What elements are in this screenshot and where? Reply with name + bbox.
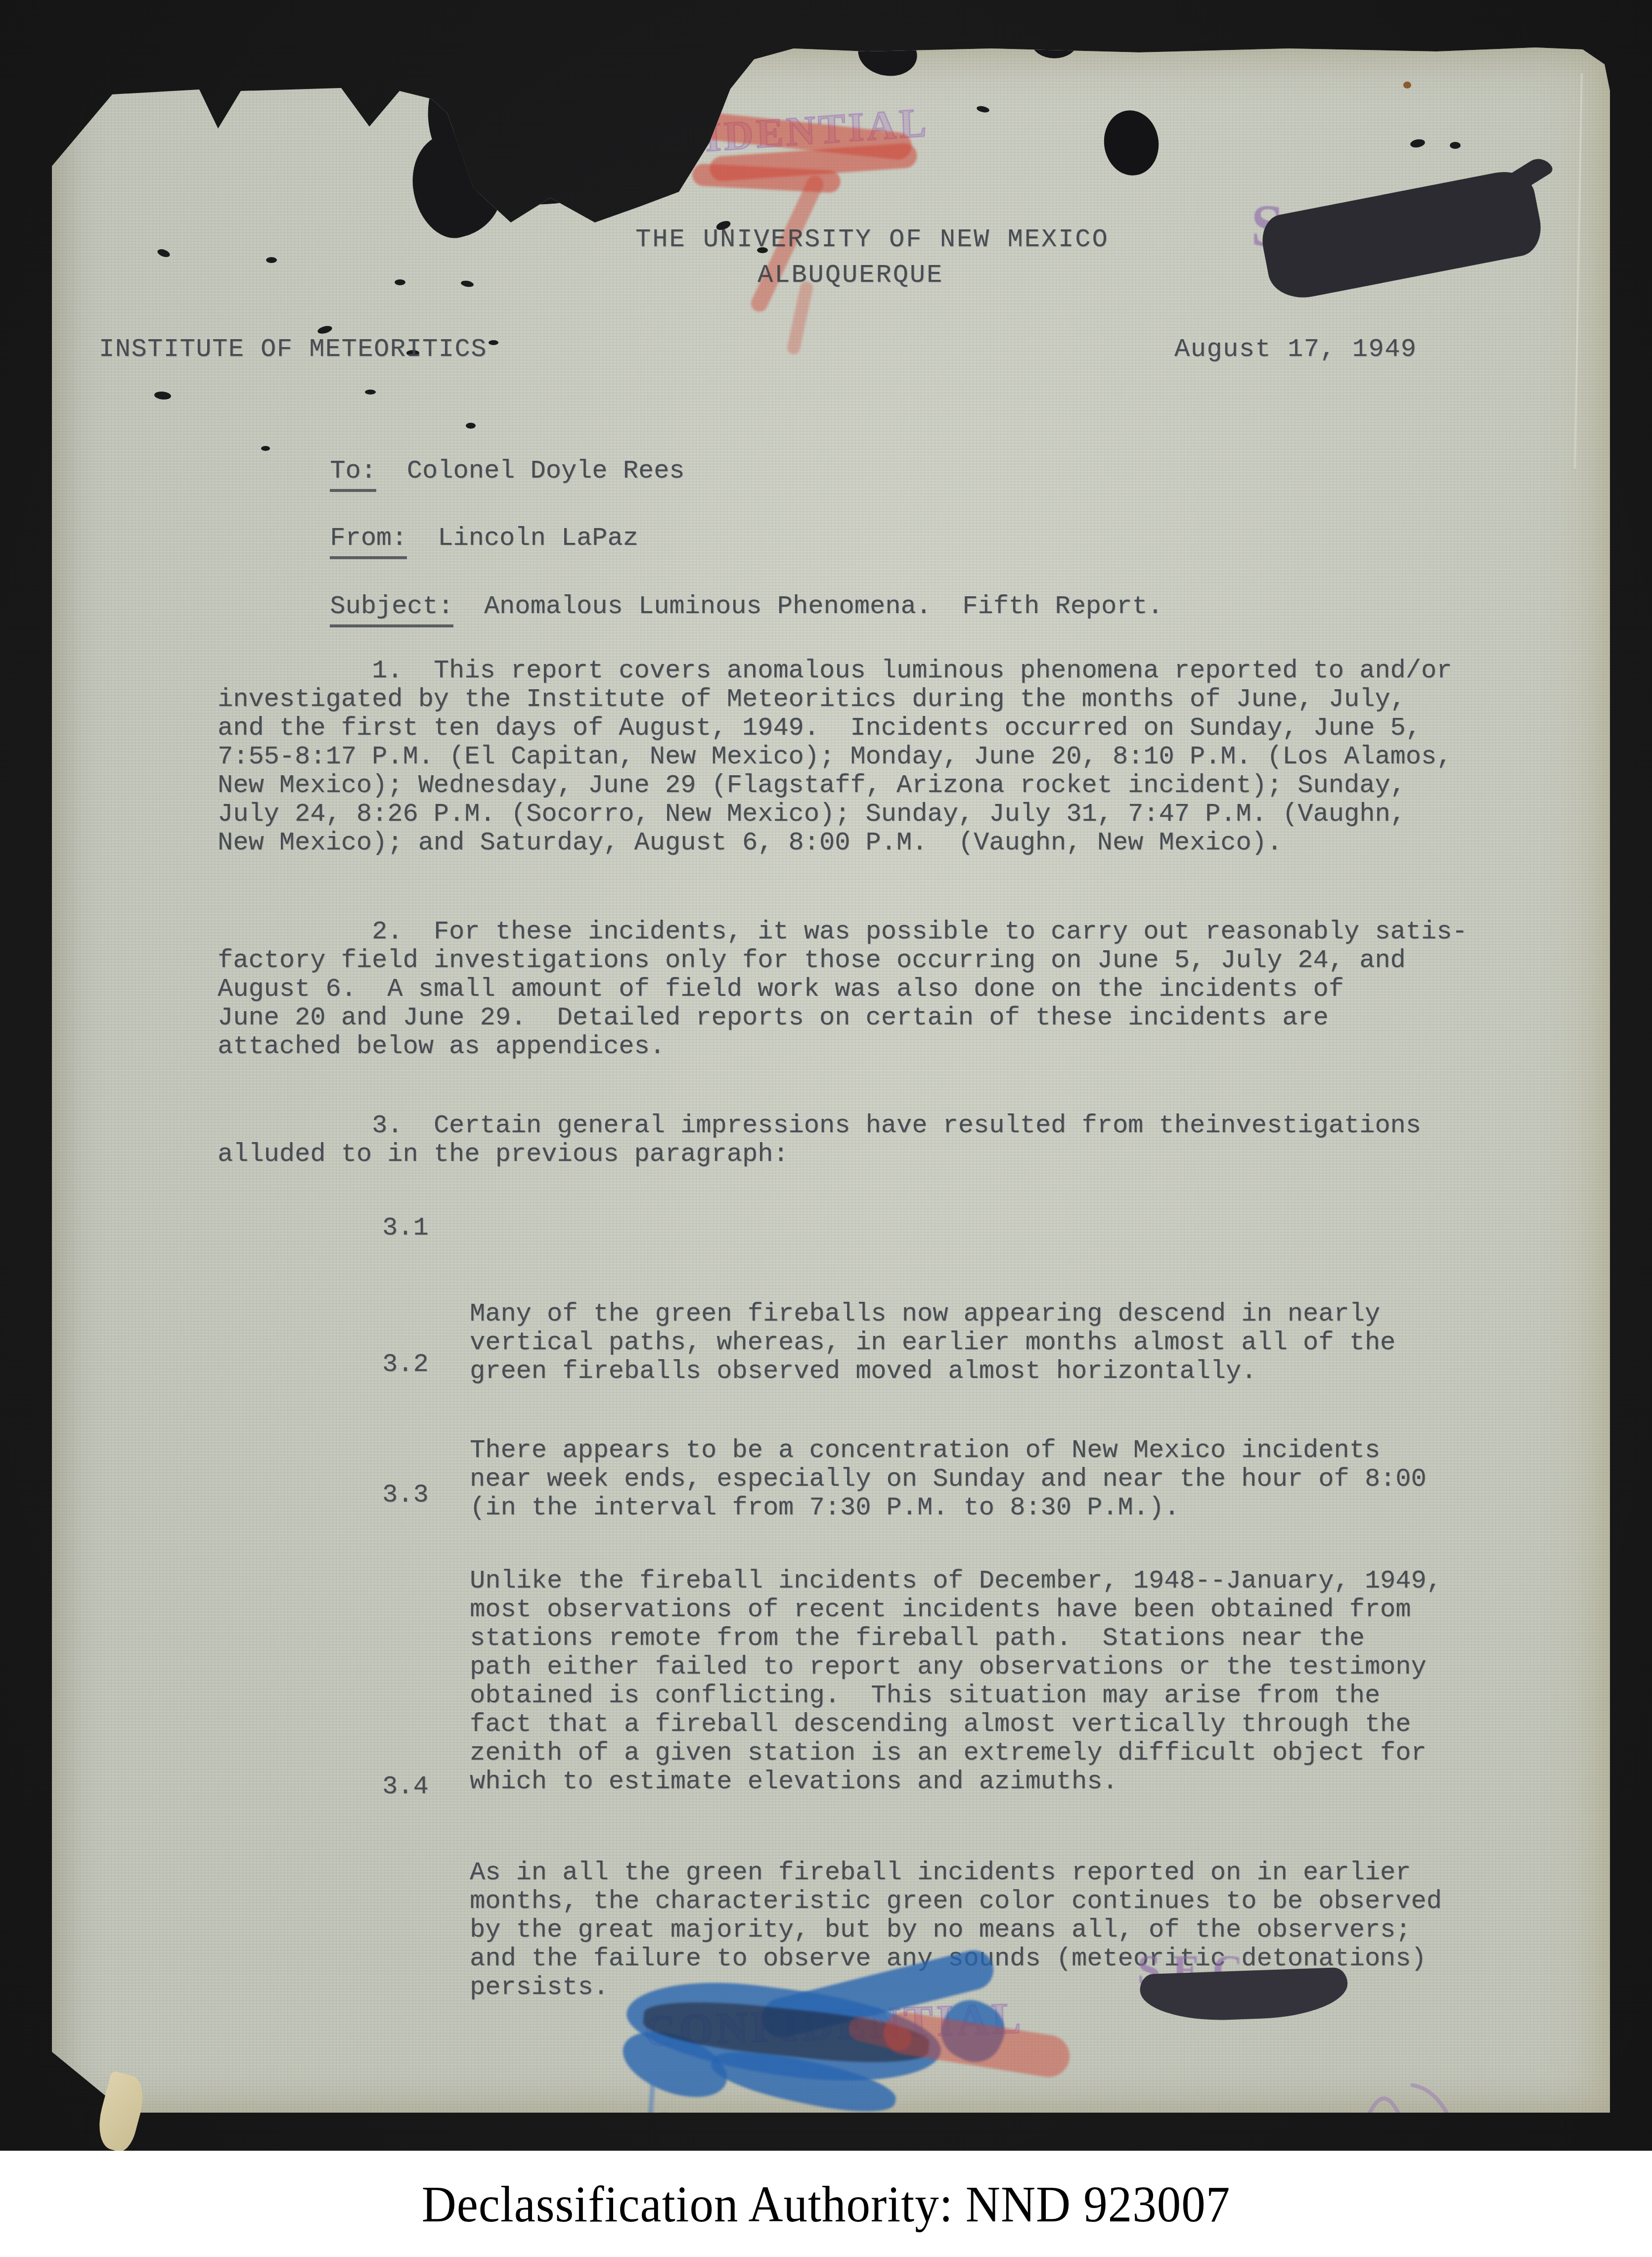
ink-blot-small-1 bbox=[854, 26, 921, 80]
to-value: Colonel Doyle Rees bbox=[407, 456, 685, 486]
worm-hole bbox=[365, 390, 376, 395]
worm-hole bbox=[266, 257, 277, 263]
item-text: As in all the green fireball incidents r… bbox=[470, 1859, 1518, 2002]
purple-handwriting-squiggle bbox=[1299, 2067, 1475, 2154]
paragraph-1: 1. This report covers anomalous luminous… bbox=[218, 657, 1513, 857]
worm-hole bbox=[1410, 138, 1426, 149]
worm-hole bbox=[154, 391, 171, 400]
item-number: 3.2 bbox=[382, 1350, 429, 1379]
declassification-text: Declassification Authority: NND 923007 bbox=[422, 2174, 1231, 2234]
from-label: From: bbox=[330, 524, 407, 559]
worm-hole bbox=[976, 105, 990, 113]
item-number: 3.3 bbox=[382, 1481, 429, 1509]
declassification-band: Declassification Authority: NND 923007 bbox=[0, 2151, 1652, 2257]
hole-punch bbox=[1100, 107, 1162, 179]
black-redaction-top bbox=[1257, 166, 1546, 304]
letterhead-line-2: ALBUQUERQUE bbox=[758, 261, 943, 290]
paper-crease bbox=[1574, 73, 1583, 469]
ink-blot-tail bbox=[401, 123, 514, 246]
to-label: To: bbox=[330, 456, 376, 492]
subject-value: Anomalous Luminous Phenomena. Fifth Repo… bbox=[484, 592, 1163, 621]
rust-spot bbox=[1403, 82, 1411, 89]
department-name: INSTITUTE OF METEORITICS bbox=[99, 335, 487, 364]
item-number: 3.4 bbox=[382, 1772, 429, 1801]
worm-hole bbox=[1450, 142, 1461, 149]
blue-marker-drip bbox=[645, 2080, 656, 2157]
from-value: Lincoln LaPaz bbox=[438, 524, 638, 553]
worm-hole bbox=[460, 280, 474, 288]
paragraph-3: 3. Certain general impressions have resu… bbox=[218, 1111, 1513, 1169]
worm-hole bbox=[395, 279, 405, 285]
letterhead-line-1: THE UNIVERSITY OF NEW MEXICO bbox=[635, 225, 1109, 254]
subject-label: Subject: bbox=[330, 592, 453, 627]
worm-hole bbox=[156, 248, 171, 259]
scanned-document-page: CONFIDENTIAL S THE UNIVERSITY OF NEW MEX… bbox=[0, 0, 1652, 2257]
red-crayon-drip bbox=[786, 280, 814, 355]
worm-hole bbox=[317, 324, 333, 335]
item-number: 3.1 bbox=[382, 1214, 429, 1242]
worm-hole bbox=[489, 340, 498, 345]
item-text: Unlike the fireball incidents of Decembe… bbox=[470, 1567, 1518, 1796]
subject-row: Subject:Anomalous Luminous Phenomena. Fi… bbox=[237, 564, 1163, 650]
paragraph-2: 2. For these incidents, it was possible … bbox=[218, 918, 1513, 1061]
ink-blot-small-2 bbox=[1031, 24, 1078, 58]
memo-date: August 17, 1949 bbox=[1174, 335, 1417, 364]
memo-sheet: CONFIDENTIAL S THE UNIVERSITY OF NEW MEX… bbox=[52, 44, 1610, 2113]
